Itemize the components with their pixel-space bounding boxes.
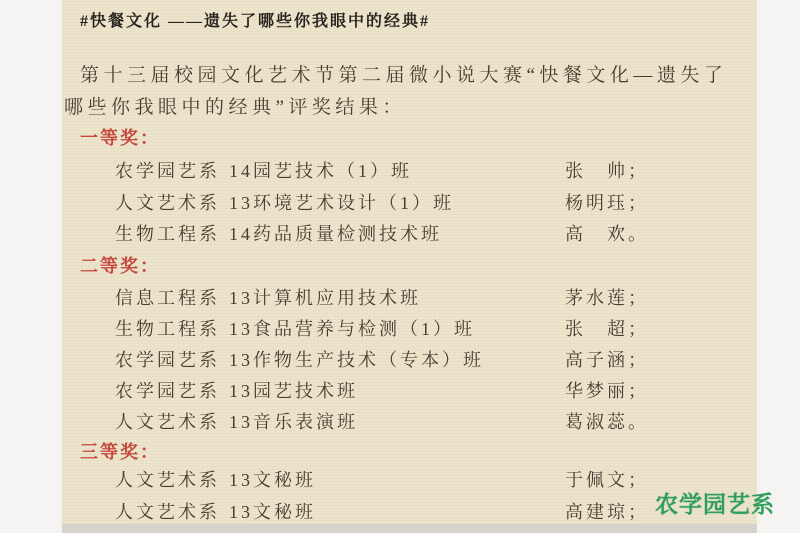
award-dept-class: 人文艺术系13文秘班 — [115, 466, 316, 492]
award-row: 农学园艺系14园艺技术（1）班张 帅； — [80, 157, 747, 181]
award-dept: 生物工程系 — [115, 319, 220, 339]
award-class: 14药品质量检测技术班 — [229, 224, 442, 244]
award-dept-class: 人文艺术系13环境艺术设计（1）班 — [115, 189, 454, 215]
award-dept-class: 农学园艺系13作物生产技术（专本）班 — [115, 346, 484, 372]
award-dept: 人文艺术系 — [115, 502, 220, 522]
award-class: 13文秘班 — [229, 470, 316, 490]
award-dept: 信息工程系 — [115, 288, 220, 308]
award-dept: 生物工程系 — [115, 224, 220, 244]
department-watermark: 农学园艺系 — [655, 486, 775, 519]
award-dept: 农学园艺系 — [115, 161, 220, 181]
award-class: 13食品营养与检测（1）班 — [229, 319, 475, 339]
award-dept-class: 生物工程系14药品质量检测技术班 — [115, 220, 442, 246]
award-winner-name: 高建琼； — [565, 498, 649, 524]
award-row: 人文艺术系13文秘班于佩文； — [80, 466, 747, 490]
award-winner-name: 张 帅； — [565, 157, 649, 183]
photo-background: #快餐文化 ——遗失了哪些你我眼中的经典# 第十三届校园文化艺术节第二届微小说大… — [0, 0, 800, 533]
award-section-label: 一等奖： — [80, 124, 160, 150]
award-class: 13园艺技术班 — [229, 381, 358, 401]
document-paper: #快餐文化 ——遗失了哪些你我眼中的经典# 第十三届校园文化艺术节第二届微小说大… — [62, 0, 757, 524]
award-winner-name: 华梦丽； — [565, 377, 649, 403]
photo-bottom-edge — [62, 524, 757, 533]
award-dept-class: 人文艺术系13文秘班 — [115, 498, 316, 524]
award-winner-name: 茅水莲； — [565, 284, 649, 310]
award-section-label: 二等奖： — [80, 252, 160, 278]
award-class: 14园艺技术（1）班 — [229, 161, 412, 181]
award-dept-class: 人文艺术系13音乐表演班 — [115, 408, 358, 434]
award-dept: 人文艺术系 — [115, 470, 220, 490]
award-row: 信息工程系13计算机应用技术班茅水莲； — [80, 284, 747, 308]
document-title: #快餐文化 ——遗失了哪些你我眼中的经典# — [80, 8, 430, 31]
award-winner-name: 张 超； — [565, 315, 649, 341]
award-dept-class: 信息工程系13计算机应用技术班 — [115, 284, 421, 310]
award-row: 人文艺术系13环境艺术设计（1）班杨明珏； — [80, 189, 747, 213]
award-row: 人文艺术系13音乐表演班葛淑蕊。 — [80, 408, 747, 432]
award-class: 13环境艺术设计（1）班 — [229, 193, 454, 213]
award-winner-name: 高子涵； — [565, 346, 649, 372]
award-dept-class: 农学园艺系14园艺技术（1）班 — [115, 157, 412, 183]
award-class: 13音乐表演班 — [229, 412, 358, 432]
award-dept-class: 生物工程系13食品营养与检测（1）班 — [115, 315, 475, 341]
award-row: 农学园艺系13园艺技术班华梦丽； — [80, 377, 747, 401]
award-row: 农学园艺系13作物生产技术（专本）班高子涵； — [80, 346, 747, 370]
intro-line-2: 哪些你我眼中的经典”评奖结果： — [64, 92, 406, 119]
award-section-label: 三等奖： — [80, 438, 160, 464]
award-winner-name: 高 欢。 — [565, 220, 649, 246]
award-dept: 农学园艺系 — [115, 350, 220, 370]
award-winner-name: 杨明珏； — [565, 189, 649, 215]
award-winner-name: 于佩文； — [565, 466, 649, 492]
intro-line-1: 第十三届校园文化艺术节第二届微小说大赛“快餐文化—遗失了 — [80, 60, 727, 87]
award-class: 13作物生产技术（专本）班 — [229, 350, 484, 370]
award-dept: 农学园艺系 — [115, 381, 220, 401]
award-dept: 人文艺术系 — [115, 412, 220, 432]
award-dept-class: 农学园艺系13园艺技术班 — [115, 377, 358, 403]
award-row: 生物工程系14药品质量检测技术班高 欢。 — [80, 220, 747, 244]
award-dept: 人文艺术系 — [115, 193, 220, 213]
award-row: 人文艺术系13文秘班高建琼； — [80, 498, 747, 522]
award-class: 13计算机应用技术班 — [229, 288, 421, 308]
award-row: 生物工程系13食品营养与检测（1）班张 超； — [80, 315, 747, 339]
award-class: 13文秘班 — [229, 502, 316, 522]
award-winner-name: 葛淑蕊。 — [565, 408, 649, 434]
